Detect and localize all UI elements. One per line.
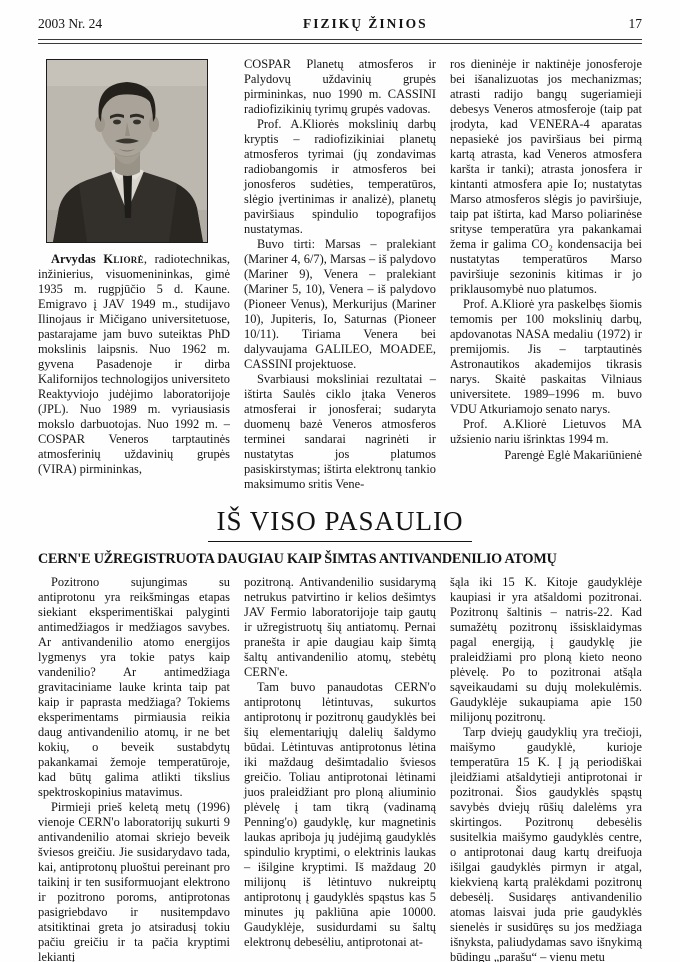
article-paragraph-3: pozitroną. Antivandenilio susidarymą net… bbox=[244, 575, 436, 680]
header-page-number: 17 bbox=[629, 16, 643, 32]
header-rule bbox=[38, 39, 642, 44]
article-paragraph-1: Pozitrono sujungimas su antiprotonu yra … bbox=[38, 575, 230, 800]
article-column-2: pozitroną. Antivandenilio susidarymą net… bbox=[244, 575, 436, 962]
bio-paragraph-5: Svarbiausi moksliniai rezultatai – ištir… bbox=[244, 372, 436, 492]
article-paragraph-2: Pirmieji prieš keletą metų (1996) vienoj… bbox=[38, 800, 230, 962]
bio-paragraph-4: Buvo tirti: Marsas – pralekiant (Mariner… bbox=[244, 237, 436, 372]
man-portrait-illustration bbox=[47, 60, 207, 242]
section-title: IŠ VISO PASAULIO bbox=[38, 501, 642, 542]
article-column-3: šąla iki 15 K. Kitoje gaudyklėje kaupias… bbox=[450, 575, 642, 962]
bio-paragraph-3: Prof. A.Kliorės mokslinių darbų kryptis … bbox=[244, 117, 436, 237]
bio-paragraph-6: ros dieninėje ir naktinėje jonosferoje b… bbox=[450, 57, 642, 297]
bio-byline: Parengė Eglė Makariūnienė bbox=[450, 448, 642, 463]
biography-section: Arvydas Kliorė, radiotechnikas, inžinier… bbox=[38, 57, 642, 492]
page-header: 2003 Nr. 24 FIZIKŲ ŽINIOS 17 bbox=[38, 0, 642, 32]
bio-paragraph-8: Prof. A.Kliorė Lietuvos MA užsienio nari… bbox=[450, 417, 642, 447]
journal-title: FIZIKŲ ŽINIOS bbox=[303, 16, 428, 32]
section-title-text: IŠ VISO PASAULIO bbox=[208, 506, 471, 542]
bio-column-3: ros dieninėje ir naktinėje jonosferoje b… bbox=[450, 57, 642, 492]
bio-paragraph-1: Arvydas Kliorė, radiotechnikas, inžinier… bbox=[38, 252, 230, 477]
person-last-name: Kliorė bbox=[103, 252, 143, 266]
bio-column-2: COSPAR Planetų atmosferos ir Palydovų už… bbox=[244, 57, 436, 492]
bio-text-col1: , radiotechnikas, inžinierius, visuomeni… bbox=[38, 252, 230, 476]
person-first-name: Arvydas bbox=[51, 252, 103, 266]
article-paragraph-4: Tam buvo panaudotas CERN'o antiprotonų l… bbox=[244, 680, 436, 950]
header-issue: 2003 Nr. 24 bbox=[38, 16, 102, 32]
section-heading-block: IŠ VISO PASAULIO CERN'E UŽREGISTRUOTA DA… bbox=[38, 501, 642, 568]
article-paragraph-6: Tarp dviejų gaudyklių yra trečioji, maiš… bbox=[450, 725, 642, 962]
bio-paragraph-7: Prof. A.Kliorė yra paskelbęs šiomis temo… bbox=[450, 297, 642, 417]
bio-column-1: Arvydas Kliorė, radiotechnikas, inžinier… bbox=[38, 57, 230, 492]
bio-paragraph-2: COSPAR Planetų atmosferos ir Palydovų už… bbox=[244, 57, 436, 117]
article-paragraph-5: šąla iki 15 K. Kitoje gaudyklėje kaupias… bbox=[450, 575, 642, 725]
article-body: Pozitrono sujungimas su antiprotonu yra … bbox=[38, 575, 642, 962]
portrait-photo bbox=[46, 59, 208, 243]
article-column-1: Pozitrono sujungimas su antiprotonu yra … bbox=[38, 575, 230, 962]
journal-page: 2003 Nr. 24 FIZIKŲ ŽINIOS 17 bbox=[0, 0, 680, 962]
article-title: CERN'E UŽREGISTRUOTA DAUGIAU KAIP ŠIMTAS… bbox=[38, 551, 642, 568]
